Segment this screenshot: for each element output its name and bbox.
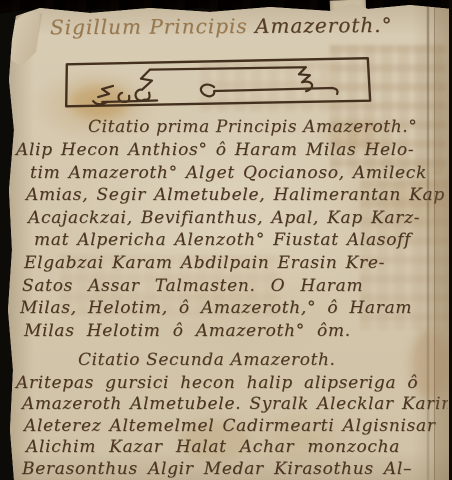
manuscript-line: Milas, Helotim, ô Amazeroth,° ô Haram: [8, 297, 448, 320]
citatio-prima-body: Alip Hecon Anthios° ô Haram Milas Helo- …: [8, 139, 448, 342]
manuscript-line: mat Alpericha Alenzoth° Fiustat Alasoff: [8, 229, 448, 252]
manuscript-line: Alip Hecon Anthios° ô Haram Milas Helo-: [8, 139, 448, 162]
manuscript-photo: Sigillum Principis Amazeroth.°: [0, 0, 452, 480]
torn-corner: [8, 8, 46, 70]
citatio-secunda-heading: Citatio Secunda Amazeroth.: [78, 350, 336, 370]
manuscript-line: Amazeroth Almetubele. Syralk Alecklar Ka…: [8, 394, 448, 415]
citatio-prima-heading: Citatio prima Principis Amazeroth.°: [88, 117, 417, 137]
page-fold-line: [427, 0, 429, 480]
citatio-secunda-body: Aritepas gursici hecon halip alipseriga …: [8, 373, 448, 480]
manuscript-line: tim Amazeroth° Alget Qocianoso, Amileck: [8, 162, 448, 185]
manuscript-line: Amias, Segir Almetubele, Halimerantan Ka…: [8, 184, 448, 207]
amazeroth-sigil-icon: [62, 55, 374, 112]
manuscript-line: Aritepas gursici hecon halip alipseriga …: [8, 373, 448, 394]
page-title-faded: Sigillum Principis: [50, 14, 248, 39]
manuscript-line: Aleterez Altemelmel Cadirmearti Algisnis…: [8, 416, 448, 437]
manuscript-line: Berasonthus Algir Medar Kirasothus Al–: [8, 459, 448, 480]
manuscript-line: Acajackzai, Bevifianthus, Apal, Kap Karz…: [8, 207, 448, 230]
manuscript-page: Sigillum Principis Amazeroth.°: [0, 0, 452, 480]
manuscript-line: Elgabzai Karam Abdilpain Erasin Kre-: [8, 252, 448, 275]
page-title-dark: Amazeroth.°: [248, 13, 393, 38]
seal-frame: [62, 55, 374, 112]
page-title: Sigillum Principis Amazeroth.°: [50, 13, 410, 40]
manuscript-line: Alichim Kazar Halat Achar monzocha: [8, 437, 448, 458]
manuscript-line: Milas Helotim ô Amazeroth° ôm.: [8, 320, 448, 343]
manuscript-line: Satos Assar Talmasten. O Haram: [8, 275, 448, 298]
